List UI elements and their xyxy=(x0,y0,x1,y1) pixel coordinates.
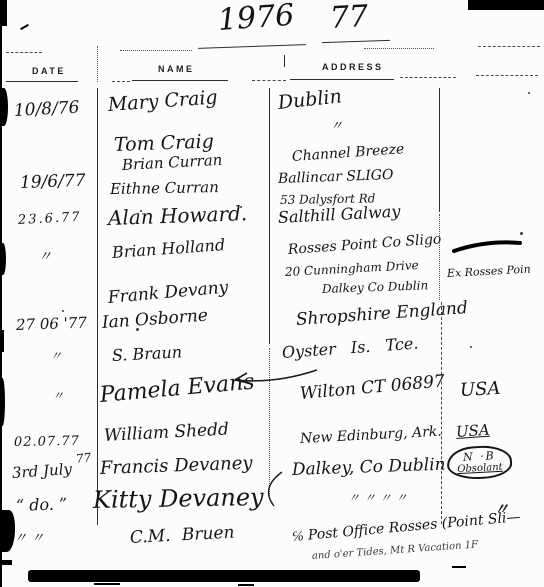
scan-artifact xyxy=(0,378,5,426)
header-underline xyxy=(252,80,286,81)
scan-artifact xyxy=(452,566,466,568)
margin-note: USA xyxy=(455,423,490,440)
entry-name: Mary Craig xyxy=(107,88,218,115)
entry-address: Dalkey Co Dublin xyxy=(322,279,429,295)
entry-address: Channel Breeze xyxy=(292,142,405,164)
column-line-date-name xyxy=(97,88,98,525)
entry-address: Dalkey, Co Dublin xyxy=(292,457,446,479)
entry-name: Brian Curran xyxy=(122,153,223,173)
pen-slash-stroke xyxy=(452,238,524,254)
column-line-date-name xyxy=(97,46,98,82)
column-line-address-margin xyxy=(441,302,442,524)
column-header-name: NAME xyxy=(158,64,195,74)
guestbook-scan-page: 1976 77 DATE NAME ADDRESS 10/8/76 Mary C… xyxy=(0,0,544,587)
scan-artifact xyxy=(28,570,420,582)
entry-date: 23.6.77 xyxy=(18,211,82,227)
entry-date: “ do. ” xyxy=(16,496,68,514)
entry-address: Ballincar SLIGO xyxy=(278,168,394,186)
entry-address: Rosses Point Co Sligo xyxy=(288,232,442,257)
column-header-date: DATE xyxy=(32,66,66,76)
ledger-rule xyxy=(364,48,434,49)
entry-date: 3rd July xyxy=(11,462,72,481)
scan-artifact xyxy=(0,560,12,565)
entry-address: Salthill Galway xyxy=(278,204,401,226)
ledger-rule xyxy=(120,50,192,51)
entry-address-small: and o'er Tides, Mt R Vacation 1F xyxy=(312,540,479,562)
entry-address: 20 Cunningham Drive xyxy=(285,259,419,278)
scan-artifact xyxy=(238,584,254,586)
column-header-address: ADDRESS xyxy=(322,62,384,72)
header-underline xyxy=(6,81,78,82)
scan-artifact xyxy=(0,510,15,552)
ink-speck xyxy=(528,92,530,94)
column-line-address-margin xyxy=(439,214,440,300)
entry-name: Ian Osborne xyxy=(101,308,208,332)
margin-note: USA xyxy=(460,380,501,400)
ink-speck xyxy=(140,210,142,212)
column-line-address-margin xyxy=(439,88,440,212)
entry-name: Brian Holland xyxy=(111,237,225,261)
nb-circled-note: N ·B Obsolant xyxy=(446,444,513,480)
ditto-mark: 〃 〃 xyxy=(14,532,44,545)
scan-artifact xyxy=(0,330,4,352)
entry-date: 02.07.77 xyxy=(14,435,80,449)
scan-artifact xyxy=(0,243,6,275)
entry-address: Dublin xyxy=(277,87,343,113)
entry-date-year: 77 xyxy=(75,451,91,465)
ink-speck xyxy=(62,310,64,312)
scan-artifact xyxy=(468,0,544,10)
scan-artifact xyxy=(0,88,8,126)
scan-artifact xyxy=(20,24,29,30)
pen-tick xyxy=(284,55,285,67)
entry-address: Wilton CT 06897 xyxy=(299,373,445,403)
pen-flourish-stroke xyxy=(258,470,288,510)
entry-name: Francis Devaney xyxy=(100,455,253,478)
ditto-mark: 〃 xyxy=(52,390,64,402)
year-underline xyxy=(322,40,390,43)
ink-speck xyxy=(240,206,242,208)
scan-artifact xyxy=(94,583,120,585)
margin-note: Ex Rosses Poin xyxy=(447,264,531,279)
ledger-rule xyxy=(478,46,540,47)
entry-address: ℅ Post Office Rosses (Point Sli— xyxy=(291,510,521,544)
ink-speck xyxy=(520,232,523,235)
entry-name: William Shedd xyxy=(104,421,230,445)
year-underline xyxy=(198,44,306,49)
entry-address: Shropshire England xyxy=(295,300,468,329)
ditto-mark: 〃 xyxy=(50,350,62,362)
entry-name: Kitty Devaney xyxy=(93,485,264,512)
column-line-name-address xyxy=(269,88,270,344)
entry-name: Frank Devany xyxy=(107,280,229,307)
ink-speck xyxy=(136,328,139,331)
ditto-mark: 〃 〃 〃 〃 xyxy=(348,492,407,504)
entry-date: 19/6/77 xyxy=(20,173,86,192)
entry-name: S. Braun xyxy=(112,344,183,364)
ink-speck xyxy=(470,346,472,348)
ledger-rule xyxy=(6,52,42,53)
entry-name: Alan Howard. xyxy=(108,203,248,228)
scan-artifact xyxy=(0,0,7,26)
nb-note-line2: Obsolant xyxy=(457,462,503,475)
entry-date: 27 06 '77 xyxy=(16,316,87,333)
entry-address: Oyster Is. Tce. xyxy=(281,335,418,360)
left-arrow-stroke xyxy=(225,362,320,390)
header-underline xyxy=(476,75,538,76)
ditto-mark: 〃 xyxy=(38,250,52,264)
entry-name: C.M. Bruen xyxy=(130,525,235,547)
header-underline xyxy=(132,80,228,81)
entry-date: 10/8/76 xyxy=(14,100,80,120)
year-heading-right: 77 xyxy=(329,2,369,34)
entry-address: New Edinburg, Ark. xyxy=(300,425,442,446)
header-underline xyxy=(112,81,130,82)
header-underline xyxy=(400,77,456,78)
header-underline xyxy=(290,79,394,80)
year-heading-left: 1976 xyxy=(217,1,295,36)
ditto-mark: 〃 xyxy=(330,120,343,133)
entry-name: Eithne Curran xyxy=(110,180,219,197)
